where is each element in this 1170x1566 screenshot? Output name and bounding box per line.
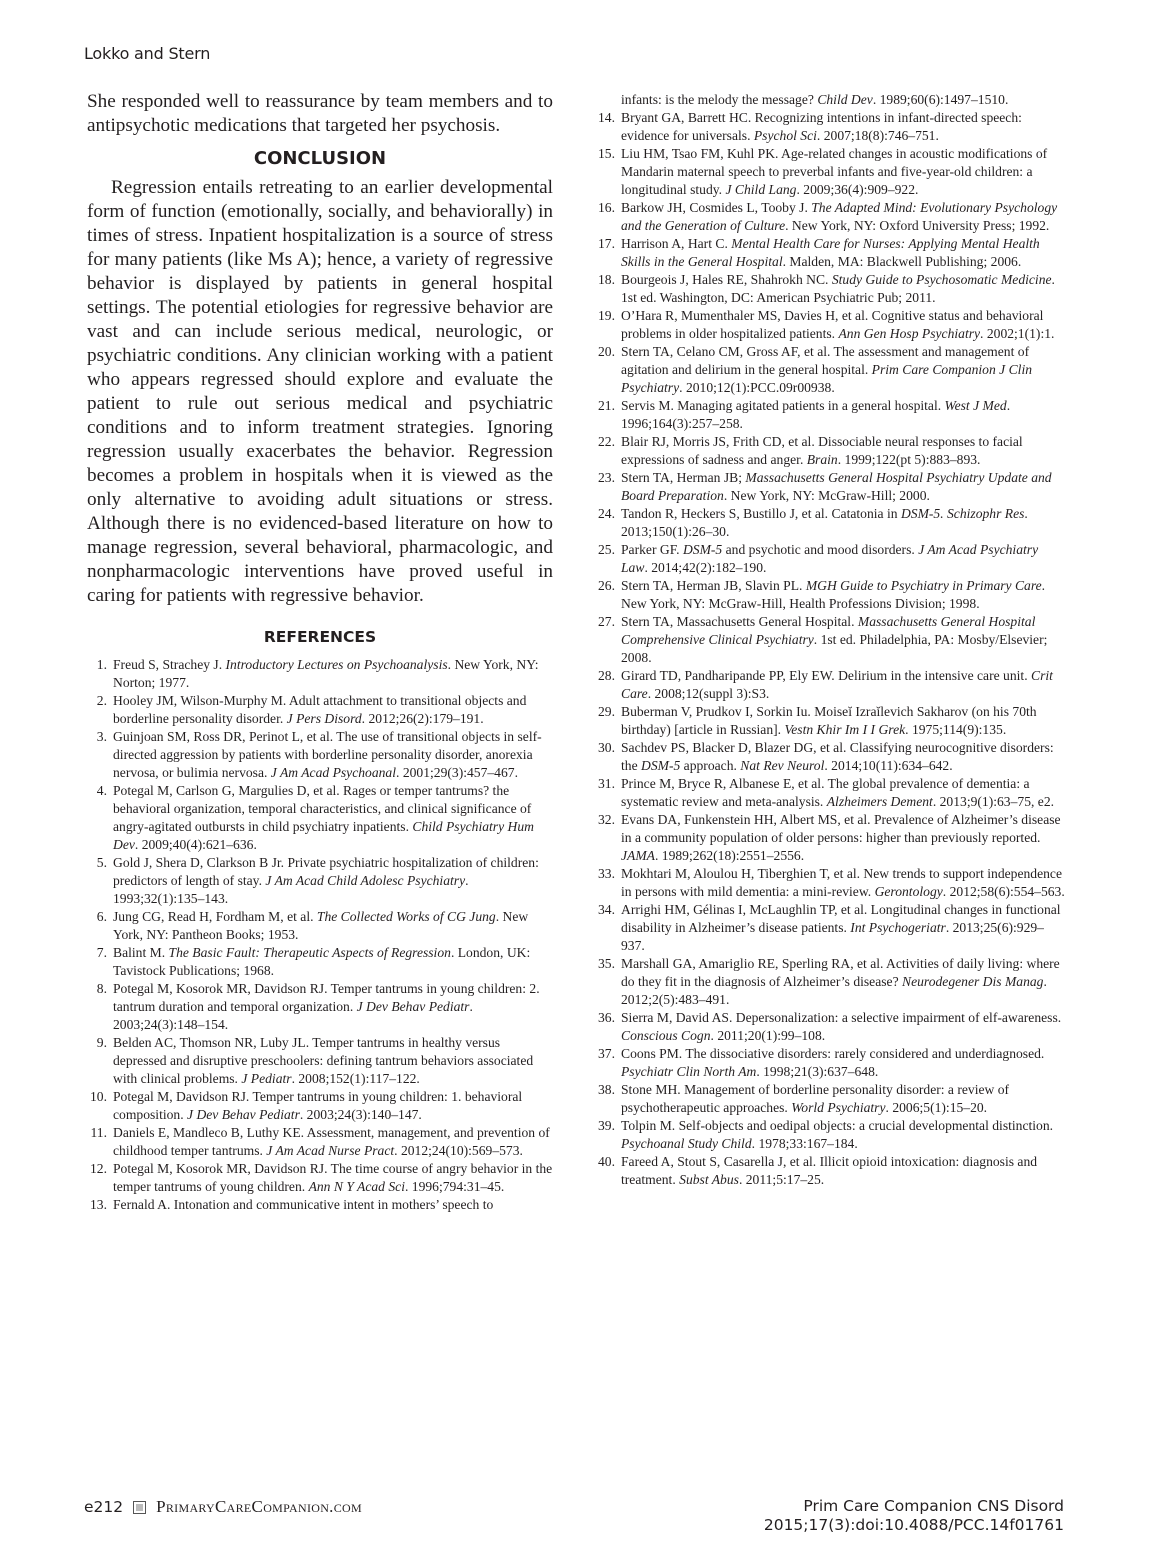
reference-item: 30.Sachdev PS, Blacker D, Blazer DG, et … — [595, 739, 1065, 775]
reference-title: West J Med — [945, 398, 1007, 413]
reference-source: . 2011;20(1):99–108. — [711, 1028, 826, 1043]
reference-number: 31. — [595, 775, 615, 793]
running-head: Lokko and Stern — [84, 44, 210, 63]
reference-source: . 1989;60(6):1497–1510. — [873, 92, 1009, 107]
reference-title: Int Psychogeriatr — [850, 920, 946, 935]
page-number: e212 — [84, 1498, 123, 1516]
reference-source: . New York, NY: McGraw-Hill; 2000. — [724, 488, 930, 503]
reference-source: . 2012;24(10):569–573. — [394, 1143, 523, 1158]
reference-title: Gerontology — [875, 884, 943, 899]
reference-item: 29.Buberman V, Prudkov I, Sorkin Iu. Moi… — [595, 703, 1065, 739]
reference-item: 26.Stern TA, Herman JB, Slavin PL. MGH G… — [595, 577, 1065, 613]
reference-authors: Jung CG, Read H, Fordham M, et al. — [113, 909, 317, 924]
reference-source: approach. — [680, 758, 740, 773]
reference-authors: Girard TD, Pandharipande PP, Ely EW. Del… — [621, 668, 1031, 683]
reference-authors: Stern TA, Herman JB, Slavin PL. — [621, 578, 806, 593]
reference-authors: Stern TA, Herman JB; — [621, 470, 745, 485]
reference-source: . 2008;152(1):117–122. — [292, 1071, 420, 1086]
reference-item: 38.Stone MH. Management of borderline pe… — [595, 1081, 1065, 1117]
reference-title: J Pers Disord — [287, 711, 362, 726]
reference-number: 13. — [87, 1196, 107, 1214]
reference-source: . 1999;122(pt 5):883–893. — [838, 452, 981, 467]
footer-citation: Prim Care Companion CNS Disord 2015;17(3… — [764, 1497, 1064, 1535]
reference-title: Conscious Cogn — [621, 1028, 711, 1043]
reference-source: . 2012;58(6):554–563. — [943, 884, 1065, 899]
reference-number: 12. — [87, 1160, 107, 1178]
reference-title: World Psychiatry — [791, 1100, 885, 1115]
reference-number: 5. — [87, 854, 107, 872]
reference-authors: Parker GF. — [621, 542, 683, 557]
reference-authors: Bourgeois J, Hales RE, Shahrokh NC. — [621, 272, 832, 287]
reference-authors: Tolpin M. Self-objects and oedipal objec… — [621, 1118, 1053, 1133]
reference-item: 40.Fareed A, Stout S, Casarella J, et al… — [595, 1153, 1065, 1189]
reference-item: 16.Barkow JH, Cosmides L, Tooby J. The A… — [595, 199, 1065, 235]
reference-title: J Am Acad Psychoanal — [271, 765, 396, 780]
reference-title: J Pediatr — [241, 1071, 291, 1086]
reference-source: . 2006;5(1):15–20. — [886, 1100, 988, 1115]
reference-number: 35. — [595, 955, 615, 973]
reference-title: J Am Acad Nurse Pract — [266, 1143, 394, 1158]
reference-number: 8. — [87, 980, 107, 998]
reference-item: 39.Tolpin M. Self-objects and oedipal ob… — [595, 1117, 1065, 1153]
reference-number: 32. — [595, 811, 615, 829]
reference-title: Study Guide to Psychosomatic Medicine — [832, 272, 1052, 287]
conclusion-heading: CONCLUSION — [87, 146, 553, 172]
reference-item: 7.Balint M. The Basic Fault: Therapeutic… — [87, 944, 553, 980]
reference-item: 12.Potegal M, Kosorok MR, Davidson RJ. T… — [87, 1160, 553, 1196]
reference-title: J Am Acad Child Adolesc Psychiatry — [265, 873, 465, 888]
reference-source: . 2010;12(1):PCC.09r00938. — [679, 380, 835, 395]
reference-number: 11. — [87, 1124, 107, 1142]
reference-title: The Basic Fault: Therapeutic Aspects of … — [169, 945, 451, 960]
reference-item: 10.Potegal M, Davidson RJ. Temper tantru… — [87, 1088, 553, 1124]
journal-name: Prim Care Companion CNS Disord — [764, 1497, 1064, 1516]
reference-title: Child Dev — [817, 92, 873, 107]
reference-number: 17. — [595, 235, 615, 253]
right-column: infants: is the melody the message? Chil… — [595, 91, 1065, 1189]
reference-number: 4. — [87, 782, 107, 800]
reference-number: 19. — [595, 307, 615, 325]
reference-source: . 2009;36(4):909–922. — [796, 182, 918, 197]
reference-source: . 1978;33:167–184. — [752, 1136, 858, 1151]
reference-number: 29. — [595, 703, 615, 721]
doi-citation: 2015;17(3):doi:10.4088/PCC.14f01761 — [764, 1516, 1064, 1535]
reference-title: Ann Gen Hosp Psychiatry — [838, 326, 980, 341]
reference-number: 10. — [87, 1088, 107, 1106]
reference-item: 33.Mokhtari M, Aloulou H, Tiberghien T, … — [595, 865, 1065, 901]
reference-item: 37.Coons PM. The dissociative disorders:… — [595, 1045, 1065, 1081]
reference-number: 7. — [87, 944, 107, 962]
reference-number: 37. — [595, 1045, 615, 1063]
reference-list-right: infants: is the melody the message? Chil… — [595, 91, 1065, 1189]
reference-authors: Sierra M, David AS. Depersonalization: a… — [621, 1010, 1061, 1025]
reference-item: 8.Potegal M, Kosorok MR, Davidson RJ. Te… — [87, 980, 553, 1034]
square-bullet-icon — [133, 1501, 146, 1514]
reference-source: . 2007;18(8):746–751. — [817, 128, 939, 143]
reference-title: Alzheimers Dement — [827, 794, 933, 809]
reference-authors: Potegal M, Kosorok MR, Davidson RJ. Temp… — [113, 981, 540, 1014]
reference-item: 13.Fernald A. Intonation and communicati… — [87, 1196, 553, 1214]
reference-item: 18.Bourgeois J, Hales RE, Shahrokh NC. S… — [595, 271, 1065, 307]
reference-item: 31.Prince M, Bryce R, Albanese E, et al.… — [595, 775, 1065, 811]
reference-source: . 2002;1(1):1. — [980, 326, 1054, 341]
reference-title: J Dev Behav Pediatr — [187, 1107, 300, 1122]
reference-authors: Coons PM. The dissociative disorders: ra… — [621, 1046, 1044, 1061]
reference-item: 20.Stern TA, Celano CM, Gross AF, et al.… — [595, 343, 1065, 397]
reference-source: . New York, NY: Oxford University Press;… — [785, 218, 1049, 233]
reference-item: 35.Marshall GA, Amariglio RE, Sperling R… — [595, 955, 1065, 1009]
reference-title: Psychoanal Study Child — [621, 1136, 752, 1151]
reference-authors: Servis M. Managing agitated patients in … — [621, 398, 945, 413]
reference-item: 21.Servis M. Managing agitated patients … — [595, 397, 1065, 433]
reference-item: 9.Belden AC, Thomson NR, Luby JL. Temper… — [87, 1034, 553, 1088]
reference-number: 26. — [595, 577, 615, 595]
reference-title: Psychiatr Clin North Am — [621, 1064, 756, 1079]
reference-source: and psychotic and mood disorders. — [722, 542, 918, 557]
reference-source: . 2008;12(suppl 3):S3. — [648, 686, 770, 701]
reference-number: 25. — [595, 541, 615, 559]
reference-title: Subst Abus — [679, 1172, 739, 1187]
reference-number: 9. — [87, 1034, 107, 1052]
reference-item: 6.Jung CG, Read H, Fordham M, et al. The… — [87, 908, 553, 944]
reference-title: Vestn Khir Im I I Grek — [784, 722, 905, 737]
reference-authors: Evans DA, Funkenstein HH, Albert MS, et … — [621, 812, 1061, 845]
reference-title: DSM-5. Schizophr Res — [901, 506, 1024, 521]
reference-title: DSM-5 — [683, 542, 722, 557]
intro-paragraph: She responded well to reassurance by tea… — [87, 90, 553, 138]
reference-source: . 1975;114(9):135. — [905, 722, 1006, 737]
reference-number: 36. — [595, 1009, 615, 1027]
reference-title: Psychol Sci — [754, 128, 817, 143]
reference-number: 1. — [87, 656, 107, 674]
reference-number: 24. — [595, 505, 615, 523]
reference-authors: Freud S, Strachey J. — [113, 657, 226, 672]
reference-item: 17.Harrison A, Hart C. Mental Health Car… — [595, 235, 1065, 271]
reference-number: 21. — [595, 397, 615, 415]
reference-details: . 2014;10(11):634–642. — [824, 758, 952, 773]
reference-number: 33. — [595, 865, 615, 883]
reference-number: 27. — [595, 613, 615, 631]
reference-number: 15. — [595, 145, 615, 163]
reference-title: DSM-5 — [641, 758, 680, 773]
reference-item: 23.Stern TA, Herman JB; Massachusetts Ge… — [595, 469, 1065, 505]
reference-authors: Stern TA, Massachusetts General Hospital… — [621, 614, 858, 629]
reference-number: 3. — [87, 728, 107, 746]
reference-item: 2.Hooley JM, Wilson-Murphy M. Adult atta… — [87, 692, 553, 728]
reference-list-left: 1.Freud S, Strachey J. Introductory Lect… — [87, 656, 553, 1214]
reference-authors: Balint M. — [113, 945, 169, 960]
reference-number: 2. — [87, 692, 107, 710]
reference-title: Introductory Lectures on Psychoanalysis — [226, 657, 448, 672]
reference-item: 4.Potegal M, Carlson G, Margulies D, et … — [87, 782, 553, 854]
reference-number: 18. — [595, 271, 615, 289]
reference-number: 16. — [595, 199, 615, 217]
reference-title: Neurodegener Dis Manag — [902, 974, 1043, 989]
reference-source: . 1996;794:31–45. — [405, 1179, 504, 1194]
reference-source: . Malden, MA: Blackwell Publishing; 2006… — [783, 254, 1022, 269]
reference-number: 38. — [595, 1081, 615, 1099]
reference-title: J Dev Behav Pediatr — [357, 999, 470, 1014]
reference-number: 22. — [595, 433, 615, 451]
reference-number: 20. — [595, 343, 615, 361]
reference-journal: Nat Rev Neurol — [740, 758, 824, 773]
reference-item: 3.Guinjoan SM, Ross DR, Perinot L, et al… — [87, 728, 553, 782]
reference-title: JAMA — [621, 848, 655, 863]
reference-details: . 2014;42(2):182–190. — [644, 560, 766, 575]
reference-source: . 2012;26(2):179–191. — [362, 711, 484, 726]
reference-item: 32.Evans DA, Funkenstein HH, Albert MS, … — [595, 811, 1065, 865]
reference-source: . 2003;24(3):140–147. — [300, 1107, 422, 1122]
reference-number: 14. — [595, 109, 615, 127]
conclusion-paragraph: Regression entails retreating to an earl… — [87, 176, 553, 608]
reference-source: . 2011;5:17–25. — [739, 1172, 824, 1187]
reference-item: 15.Liu HM, Tsao FM, Kuhl PK. Age-related… — [595, 145, 1065, 199]
reference-source: . 2001;29(3):457–467. — [396, 765, 518, 780]
reference-item: 19.O’Hara R, Mumenthaler MS, Davies H, e… — [595, 307, 1065, 343]
reference-item: 1.Freud S, Strachey J. Introductory Lect… — [87, 656, 553, 692]
site-link[interactable]: PrimaryCareCompanion.com — [156, 1497, 362, 1517]
reference-item: 22.Blair RJ, Morris JS, Frith CD, et al.… — [595, 433, 1065, 469]
reference-item: 27.Stern TA, Massachusetts General Hospi… — [595, 613, 1065, 667]
reference-item: 34.Arrighi HM, Gélinas I, McLaughlin TP,… — [595, 901, 1065, 955]
reference-item: 5.Gold J, Shera D, Clarkson B Jr. Privat… — [87, 854, 553, 908]
reference-item: 14.Bryant GA, Barrett HC. Recognizing in… — [595, 109, 1065, 145]
reference-authors: Tandon R, Heckers S, Bustillo J, et al. … — [621, 506, 901, 521]
reference-number: 28. — [595, 667, 615, 685]
references-heading: REFERENCES — [87, 626, 553, 648]
reference-item: 24.Tandon R, Heckers S, Bustillo J, et a… — [595, 505, 1065, 541]
reference-number: 39. — [595, 1117, 615, 1135]
reference-authors: infants: is the melody the message? — [621, 92, 817, 107]
reference-source: . 1989;262(18):2551–2556. — [655, 848, 804, 863]
footer-left: e212 PrimaryCareCompanion.com — [84, 1497, 362, 1517]
reference-item: 11.Daniels E, Mandleco B, Luthy KE. Asse… — [87, 1124, 553, 1160]
reference-number: 23. — [595, 469, 615, 487]
reference-title: MGH Guide to Psychiatry in Primary Care — [806, 578, 1042, 593]
reference-title: Ann N Y Acad Sci — [309, 1179, 405, 1194]
reference-title: J Child Lang — [725, 182, 796, 197]
reference-item: 25.Parker GF. DSM-5 and psychotic and mo… — [595, 541, 1065, 577]
reference-source: . 2013;9(1):63–75, e2. — [933, 794, 1054, 809]
reference-item: 36.Sierra M, David AS. Depersonalization… — [595, 1009, 1065, 1045]
reference-number: 34. — [595, 901, 615, 919]
reference-source: . 1998;21(3):637–648. — [756, 1064, 878, 1079]
reference-title: Brain — [807, 452, 838, 467]
reference-number: 6. — [87, 908, 107, 926]
reference-authors: Barkow JH, Cosmides L, Tooby J. — [621, 200, 811, 215]
reference-authors: Fernald A. Intonation and communicative … — [113, 1197, 493, 1212]
reference-item: infants: is the melody the message? Chil… — [595, 91, 1065, 109]
reference-number: 30. — [595, 739, 615, 757]
reference-source: . 2009;40(4):621–636. — [135, 837, 257, 852]
left-column: She responded well to reassurance by tea… — [87, 90, 553, 1214]
reference-title: The Collected Works of CG Jung — [317, 909, 496, 924]
reference-authors: Harrison A, Hart C. — [621, 236, 731, 251]
reference-item: 28.Girard TD, Pandharipande PP, Ely EW. … — [595, 667, 1065, 703]
reference-number: 40. — [595, 1153, 615, 1171]
